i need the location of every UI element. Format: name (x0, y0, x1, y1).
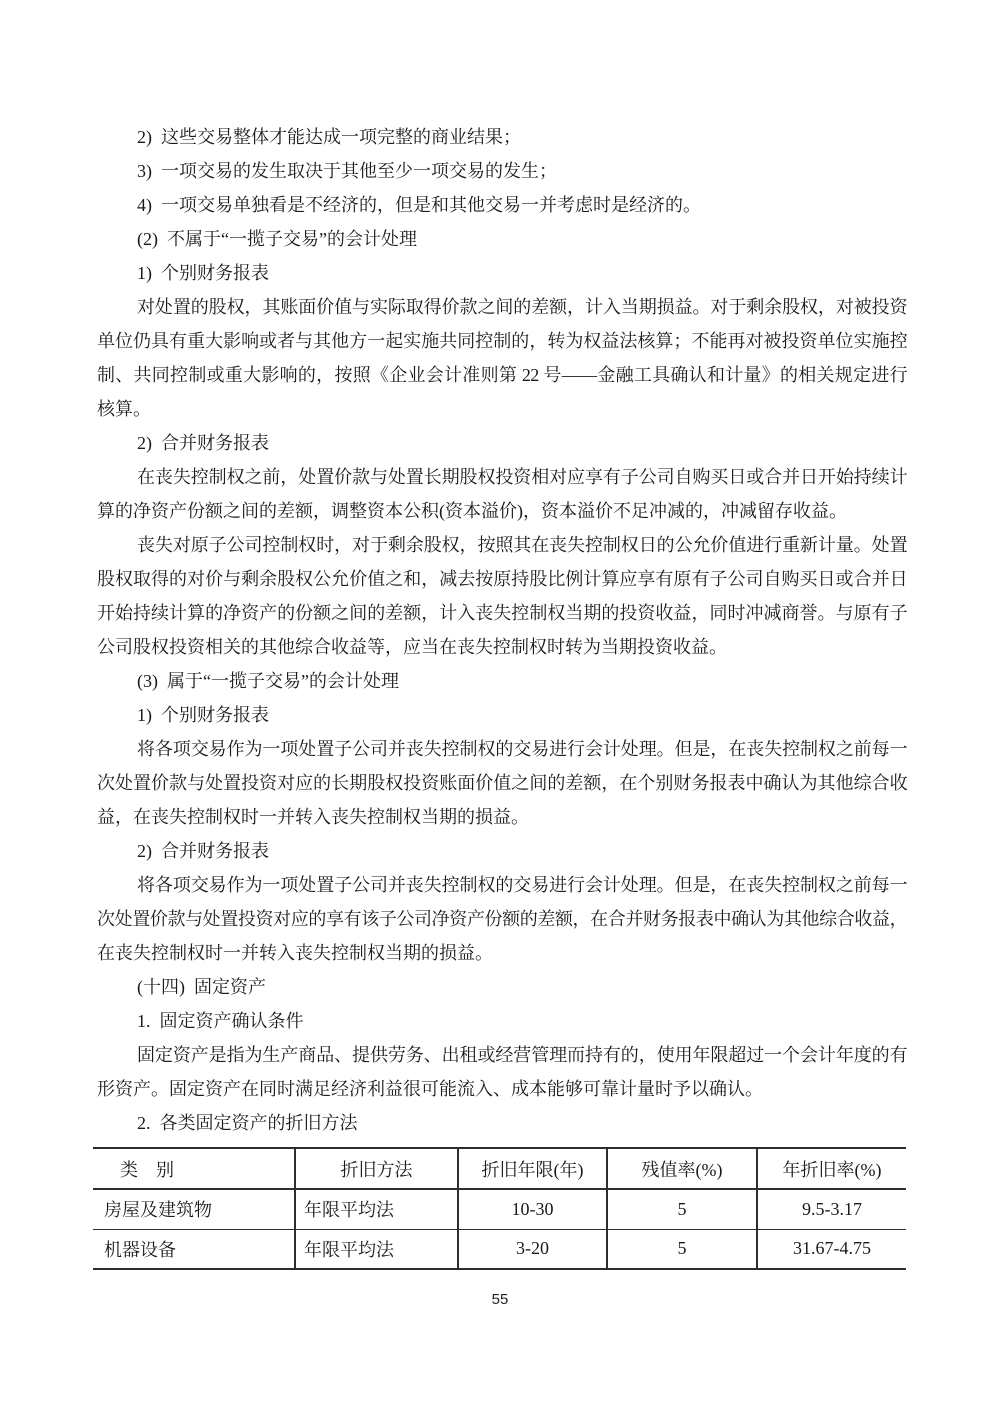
text-line: 在丧失控制权时一并转入丧失控制权当期的损益。 (97, 936, 907, 970)
text-line: 公司股权投资相关的其他综合收益等，应当在丧失控制权时转为当期投资收益。 (97, 630, 907, 664)
table-row: 机器设备年限平均法3-20531.67-4.75 (93, 1229, 906, 1269)
text-line: (3) 属于“一揽子交易”的会计处理 (97, 664, 907, 698)
text-line: 固定资产是指为生产商品、提供劳务、出租或经营管理而持有的，使用年限超过一个会计年… (97, 1038, 907, 1072)
table-header-cell: 折旧方法 (295, 1148, 458, 1189)
table-cell: 3-20 (458, 1229, 607, 1269)
text-line: 将各项交易作为一项处置子公司并丧失控制权的交易进行会计处理。但是，在丧失控制权之… (97, 732, 907, 766)
text-line: 2) 合并财务报表 (97, 834, 907, 868)
text-line: 形资产。固定资产在同时满足经济利益很可能流入、成本能够可靠计量时予以确认。 (97, 1072, 907, 1106)
document-page: 2) 这些交易整体才能达成一项完整的商业结果；3) 一项交易的发生取决于其他至少… (0, 0, 1000, 1414)
text-line: 1. 固定资产确认条件 (97, 1004, 907, 1038)
table-cell: 9.5-3.17 (757, 1189, 906, 1229)
depreciation-table-body: 房屋及建筑物年限平均法10-3059.5-3.17机器设备年限平均法3-2053… (93, 1189, 906, 1269)
text-line: 2. 各类固定资产的折旧方法 (97, 1106, 907, 1140)
text-line: 股权取得的对价与剩余股权公允价值之和，减去按原持股比例计算应享有原有子公司自购买… (97, 562, 907, 596)
text-line: 制、共同控制或重大影响的，按照《企业会计准则第 22 号——金融工具确认和计量》… (97, 358, 907, 392)
table-header-row: 类 别折旧方法折旧年限(年)残值率(%)年折旧率(%) (93, 1148, 906, 1189)
text-line: 4) 一项交易单独看是不经济的，但是和其他交易一并考虑时是经济的。 (97, 188, 907, 222)
text-line: 次处置价款与处置投资对应的享有该子公司净资产份额的差额，在合并财务报表中确认为其… (97, 902, 907, 936)
table-header-cell: 年折旧率(%) (757, 1148, 906, 1189)
text-line: 3) 一项交易的发生取决于其他至少一项交易的发生； (97, 154, 907, 188)
table-header-cell: 类 别 (93, 1148, 295, 1189)
table-cell: 房屋及建筑物 (93, 1189, 295, 1229)
text-line: 丧失对原子公司控制权时，对于剩余股权，按照其在丧失控制权日的公允价值进行重新计量… (97, 528, 907, 562)
text-line: 益，在丧失控制权时一并转入丧失控制权当期的损益。 (97, 800, 907, 834)
table-row: 房屋及建筑物年限平均法10-3059.5-3.17 (93, 1189, 906, 1229)
table-cell: 5 (607, 1189, 757, 1229)
table-header-cell: 折旧年限(年) (458, 1148, 607, 1189)
table-cell: 年限平均法 (295, 1229, 458, 1269)
text-line: 开始持续计算的净资产的份额之间的差额，计入丧失控制权当期的投资收益，同时冲减商誉… (97, 596, 907, 630)
text-line: (2) 不属于“一揽子交易”的会计处理 (97, 222, 907, 256)
table-cell: 机器设备 (93, 1229, 295, 1269)
text-line: 在丧失控制权之前，处置价款与处置长期股权投资相对应享有子公司自购买日或合并日开始… (97, 460, 907, 494)
table-cell: 10-30 (458, 1189, 607, 1229)
page-number: 55 (0, 1291, 1000, 1308)
text-line: 次处置价款与处置投资对应的长期股权投资账面价值之间的差额，在个别财务报表中确认为… (97, 766, 907, 800)
text-line: 将各项交易作为一项处置子公司并丧失控制权的交易进行会计处理。但是，在丧失控制权之… (97, 868, 907, 902)
table-cell: 5 (607, 1229, 757, 1269)
text-line: 对处置的股权，其账面价值与实际取得价款之间的差额，计入当期损益。对于剩余股权，对… (97, 290, 907, 324)
depreciation-table-header: 类 别折旧方法折旧年限(年)残值率(%)年折旧率(%) (93, 1148, 906, 1189)
table-cell: 年限平均法 (295, 1189, 458, 1229)
text-line: 单位仍具有重大影响或者与其他方一起实施共同控制的，转为权益法核算；不能再对被投资… (97, 324, 907, 358)
document-body: 2) 这些交易整体才能达成一项完整的商业结果；3) 一项交易的发生取决于其他至少… (97, 120, 907, 1140)
text-line: (十四) 固定资产 (97, 970, 907, 1004)
text-line: 1) 个别财务报表 (97, 256, 907, 290)
text-line: 2) 合并财务报表 (97, 426, 907, 460)
text-line: 算的净资产份额之间的差额，调整资本公积(资本溢价)，资本溢价不足冲减的，冲减留存… (97, 494, 907, 528)
table-header-cell: 残值率(%) (607, 1148, 757, 1189)
table-cell: 31.67-4.75 (757, 1229, 906, 1269)
depreciation-table: 类 别折旧方法折旧年限(年)残值率(%)年折旧率(%) 房屋及建筑物年限平均法1… (93, 1147, 906, 1270)
text-line: 1) 个别财务报表 (97, 698, 907, 732)
text-line: 2) 这些交易整体才能达成一项完整的商业结果； (97, 120, 907, 154)
text-line: 核算。 (97, 392, 907, 426)
